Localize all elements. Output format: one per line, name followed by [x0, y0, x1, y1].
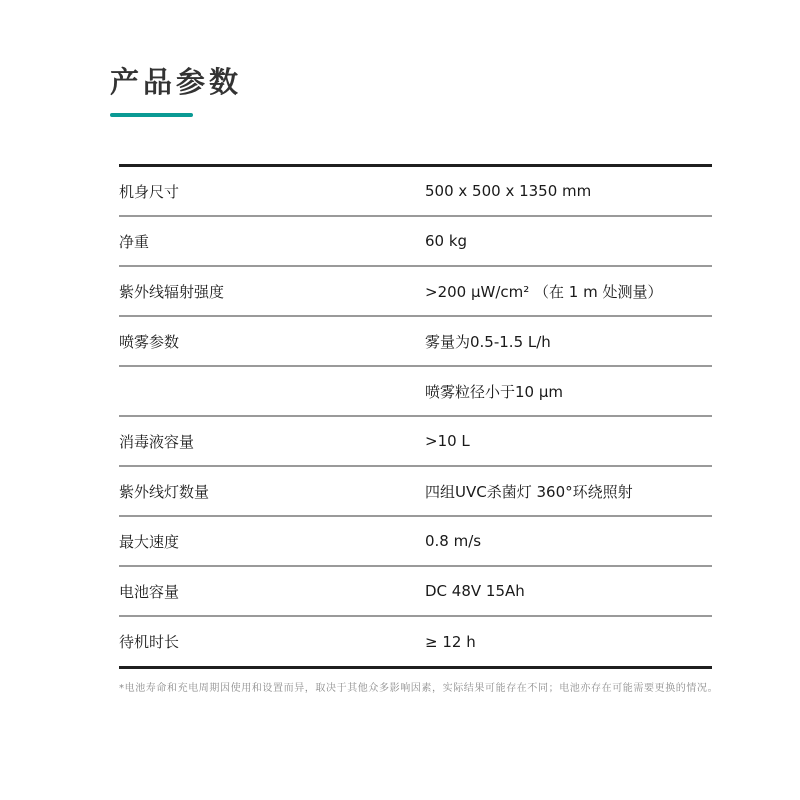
spec-row-spray-particle: 喷雾粒径小于10 μm	[119, 367, 712, 417]
spec-value: 雾量为0.5-1.5 L/h	[425, 331, 712, 352]
spec-row-uv-intensity: 紫外线辐射强度 >200 μW/cm² （在 1 m 处测量）	[119, 267, 712, 317]
spec-value: ≥ 12 h	[425, 633, 712, 651]
spec-label: 喷雾参数	[119, 331, 425, 352]
title-accent-bar	[110, 113, 193, 117]
spec-row-dimensions: 机身尺寸 500 x 500 x 1350 mm	[119, 167, 712, 217]
spec-label: 待机时长	[119, 631, 425, 652]
spec-value: 500 x 500 x 1350 mm	[425, 182, 712, 200]
spec-label: 机身尺寸	[119, 181, 425, 202]
spec-value: DC 48V 15Ah	[425, 582, 712, 600]
spec-value: 喷雾粒径小于10 μm	[425, 381, 712, 402]
spec-row-spray-params: 喷雾参数 雾量为0.5-1.5 L/h	[119, 317, 712, 367]
spec-value: 0.8 m/s	[425, 532, 712, 550]
spec-row-battery-capacity: 电池容量 DC 48V 15Ah	[119, 567, 712, 617]
spec-label: 净重	[119, 231, 425, 252]
spec-row-standby-time: 待机时长 ≥ 12 h	[119, 617, 712, 666]
spec-value: >10 L	[425, 432, 712, 450]
battery-footnote: *电池寿命和充电周期因使用和设置而异，取决于其他众多影响因素，实际结果可能存在不…	[119, 680, 719, 698]
spec-label: 紫外线辐射强度	[119, 281, 425, 302]
spec-label: 紫外线灯数量	[119, 481, 425, 502]
spec-value: >200 μW/cm² （在 1 m 处测量）	[425, 281, 712, 302]
spec-table: 机身尺寸 500 x 500 x 1350 mm 净重 60 kg 紫外线辐射强…	[119, 164, 712, 669]
spec-value: 60 kg	[425, 232, 712, 250]
spec-label: 电池容量	[119, 581, 425, 602]
spec-row-net-weight: 净重 60 kg	[119, 217, 712, 267]
spec-row-uv-lamp-count: 紫外线灯数量 四组UVC杀菌灯 360°环绕照射	[119, 467, 712, 517]
spec-label: 最大速度	[119, 531, 425, 552]
spec-row-max-speed: 最大速度 0.8 m/s	[119, 517, 712, 567]
spec-label: 消毒液容量	[119, 431, 425, 452]
spec-row-disinfectant-capacity: 消毒液容量 >10 L	[119, 417, 712, 467]
page-title: 产品参数	[110, 62, 242, 102]
spec-value: 四组UVC杀菌灯 360°环绕照射	[425, 481, 712, 502]
